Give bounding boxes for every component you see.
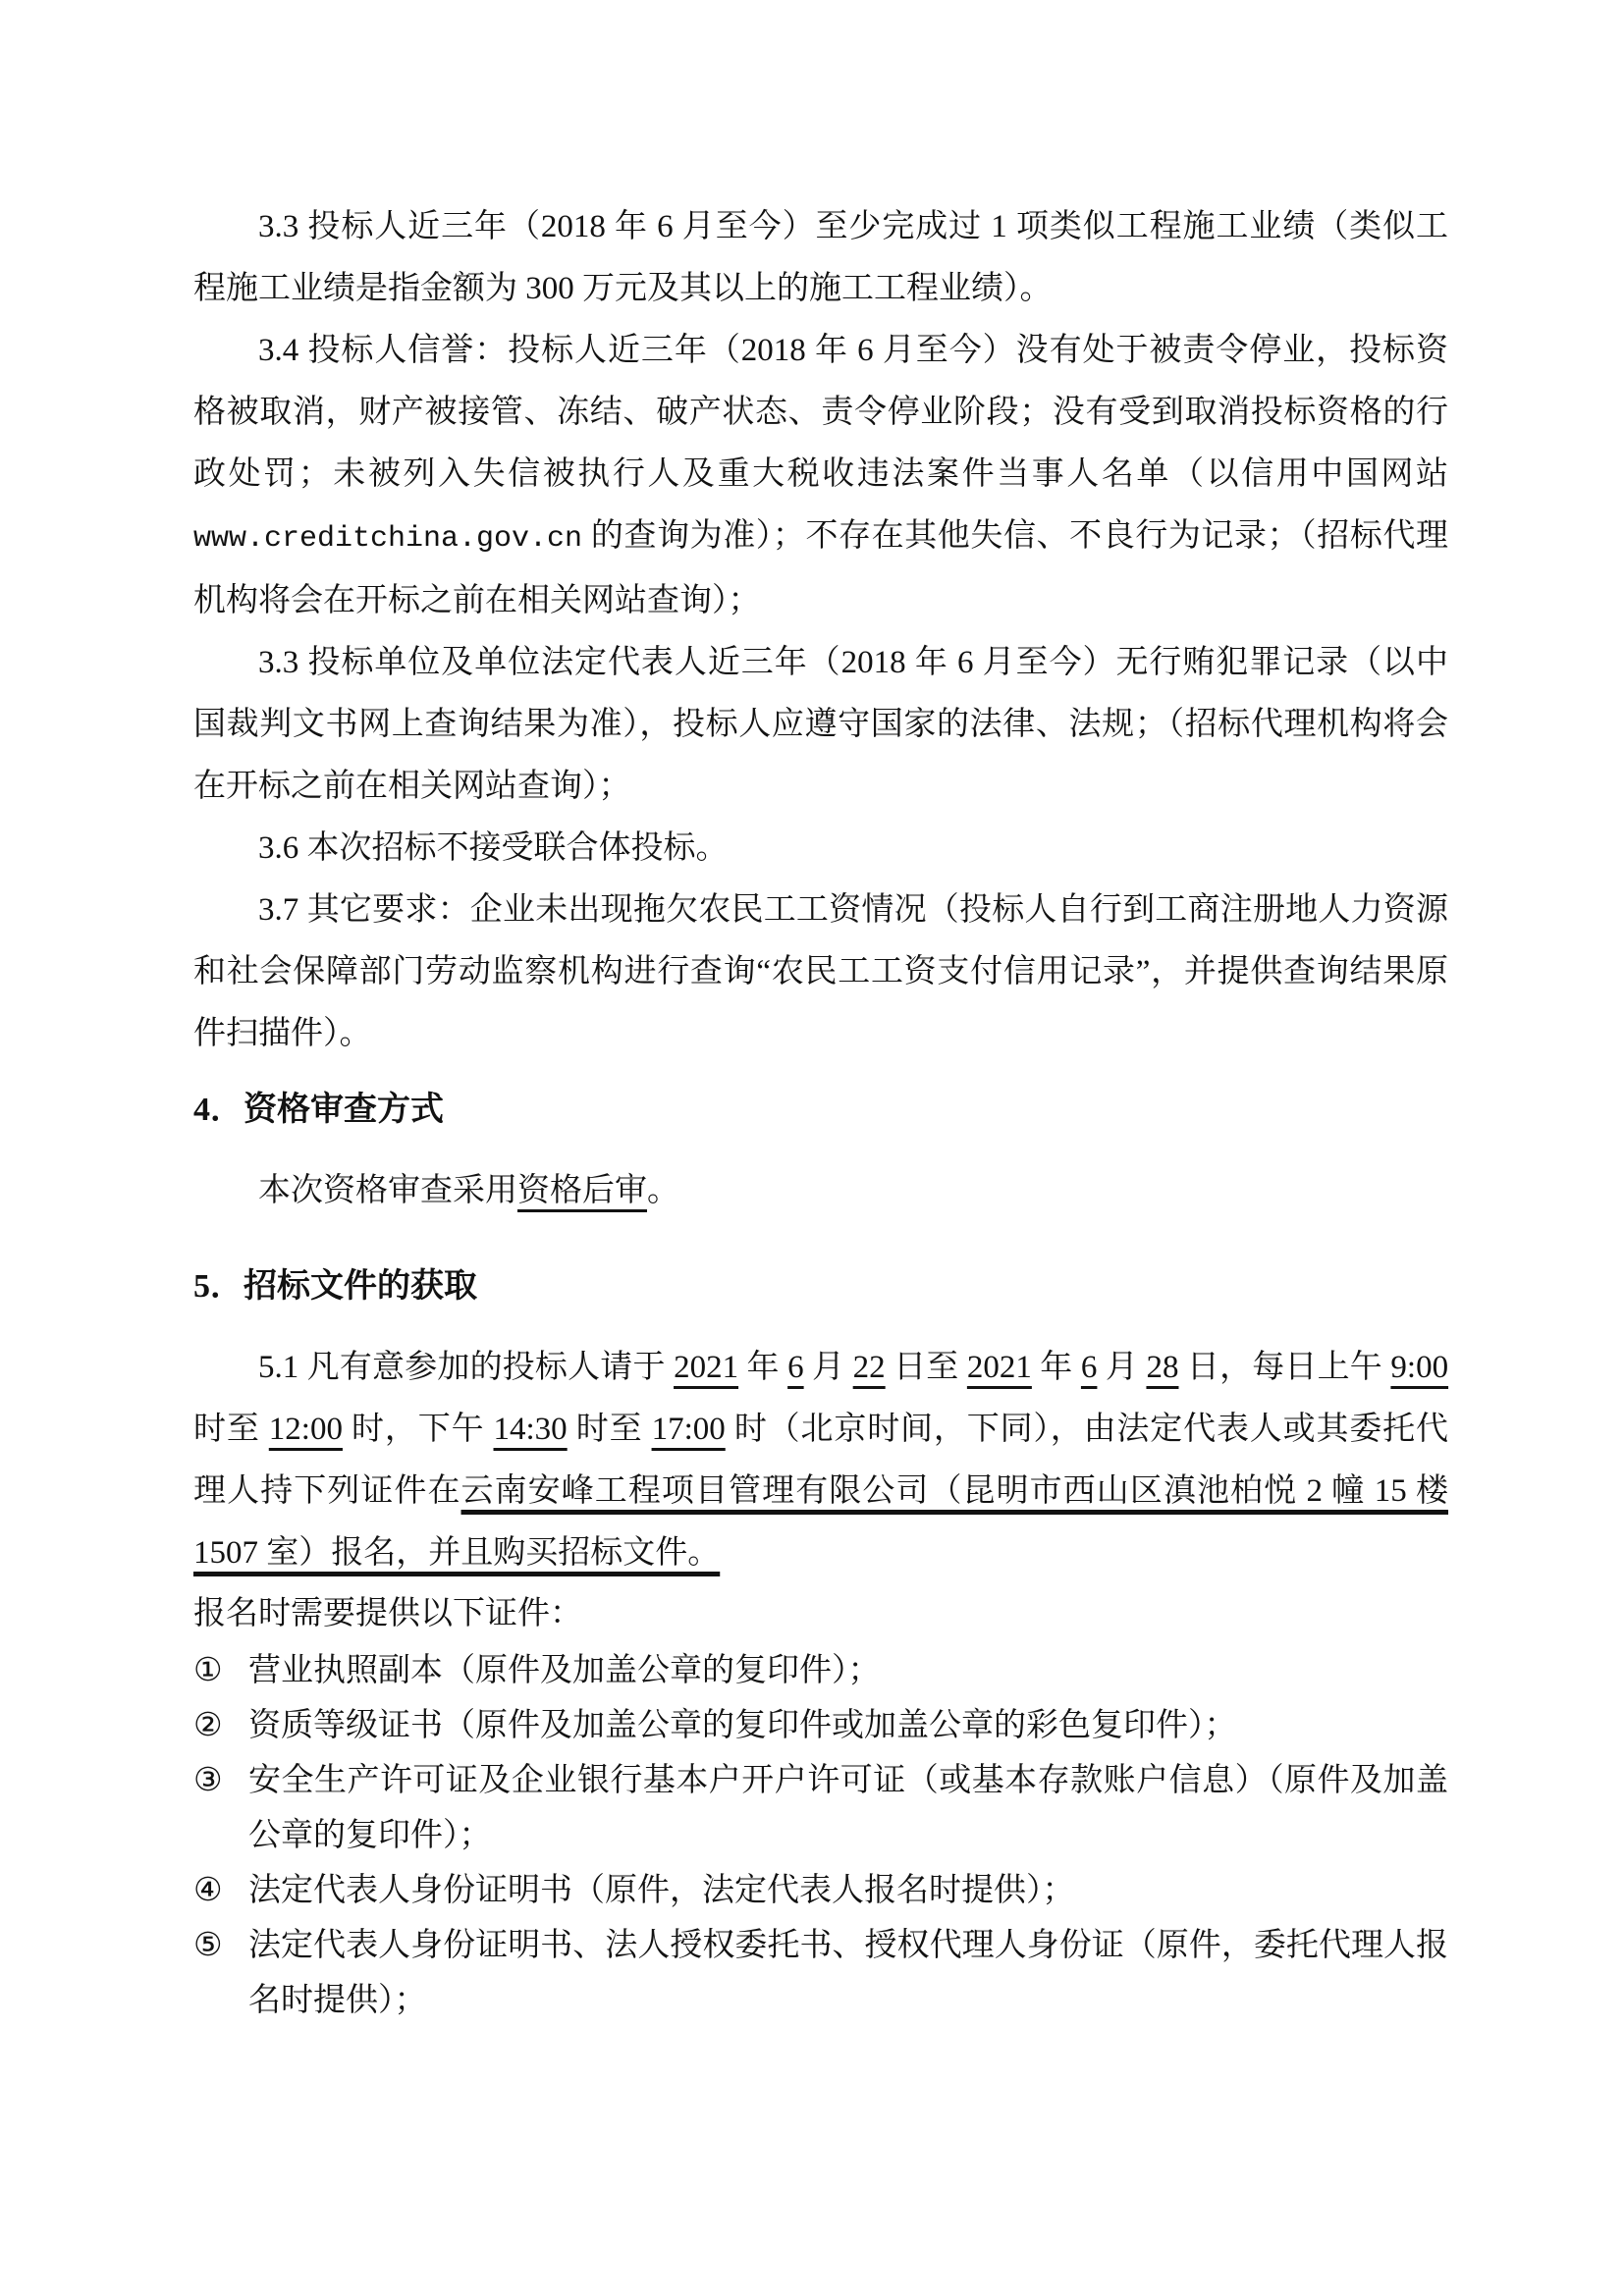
requirement-item: ④法定代表人身份证明书（原件，法定代表人报名时提供）； [193, 1863, 1448, 1918]
item-text: 营业执照副本（原件及加盖公章的复印件）； [248, 1643, 1448, 1698]
text-run: 法定代表人身份证明书、法人授权委托书、授权代理人身份证（原件，委托代理人报名时提… [248, 1928, 1448, 2018]
underlined-text: 14:30 [494, 1412, 568, 1447]
paragraph: 报名时需要提供以下证件： [193, 1584, 1448, 1643]
underlined-text: 6 [787, 1350, 804, 1385]
text-run: 时，下午 [343, 1412, 494, 1447]
text-run: 。 [647, 1173, 679, 1208]
item-text: 法定代表人身份证明书（原件，法定代表人报名时提供）； [248, 1863, 1448, 1918]
text-run: 法定代表人身份证明书（原件，法定代表人报名时提供）； [248, 1873, 1075, 1908]
paragraph: 3.6 本次招标不接受联合体投标。 [193, 818, 1448, 880]
text-run: 本次资格审查采用 [258, 1173, 517, 1208]
requirement-item: ⑤法定代表人身份证明书、法人授权委托书、授权代理人身份证（原件，委托代理人报名时… [193, 1918, 1448, 2028]
document-page: 3.3 投标人近三年（2018 年 6 月至今）至少完成过 1 项类似工程施工业… [0, 0, 1624, 2296]
text-run: 3.4 投标人信誉：投标人近三年（2018 年 6 月至今）没有处于被责令停业，… [193, 333, 1448, 492]
text-run: 营业执照副本（原件及加盖公章的复印件）； [248, 1653, 881, 1688]
text-run: 日，每日上午 [1178, 1350, 1390, 1385]
paragraph: 本次资格审查采用资格后审。 [193, 1160, 1448, 1222]
text-run: 年 [1032, 1350, 1081, 1385]
paragraph: 3.4 投标人信誉：投标人近三年（2018 年 6 月至今）没有处于被责令停业，… [193, 320, 1448, 632]
item-number: ⑤ [193, 1918, 248, 2028]
underlined-text: 2021 [674, 1350, 738, 1385]
paragraph: 5.1 凡有意参加的投标人请于 2021 年 6 月 22 日至 2021 年 … [193, 1337, 1448, 1584]
paragraph: 3.7 其它要求：企业未出现拖欠农民工工资情况（投标人自行到工商注册地人力资源和… [193, 880, 1448, 1065]
text-run: 4．资格审查方式 [193, 1092, 444, 1128]
url-text: www.creditchina.gov.cn [193, 522, 582, 556]
requirement-item: ①营业执照副本（原件及加盖公章的复印件）； [193, 1643, 1448, 1698]
underlined-text: 12:00 [269, 1412, 343, 1447]
underlined-text: 2021 [967, 1350, 1032, 1385]
text-run: 年 [738, 1350, 787, 1385]
underlined-text: 28 [1146, 1350, 1178, 1385]
text-run: 5．招标文件的获取 [193, 1268, 477, 1305]
text-run: 3.3 投标人近三年（2018 年 6 月至今）至少完成过 1 项类似工程施工业… [193, 209, 1448, 306]
text-run: 时至 [568, 1412, 652, 1447]
text-run: 月 [1097, 1350, 1146, 1385]
item-text: 资质等级证书（原件及加盖公章的复印件或加盖公章的彩色复印件）； [248, 1698, 1448, 1753]
item-number: ② [193, 1698, 248, 1753]
text-run: 日至 [886, 1350, 967, 1385]
underlined-text: 22 [853, 1350, 886, 1385]
text-run: 月 [804, 1350, 853, 1385]
text-run: 报名时需要提供以下证件： [193, 1596, 582, 1631]
item-number: ① [193, 1643, 248, 1698]
text-run: 时至 [193, 1412, 269, 1447]
item-text: 安全生产许可证及企业银行基本户开户许可证（或基本存款账户信息）（原件及加盖公章的… [248, 1753, 1448, 1863]
section-heading: 4．资格审查方式 [193, 1079, 1448, 1141]
item-number: ④ [193, 1863, 248, 1918]
text-run: 3.7 其它要求：企业未出现拖欠农民工工资情况（投标人自行到工商注册地人力资源和… [193, 892, 1448, 1051]
paragraph: 3.3 投标人近三年（2018 年 6 月至今）至少完成过 1 项类似工程施工业… [193, 196, 1448, 320]
text-run: 5.1 凡有意参加的投标人请于 [258, 1350, 674, 1385]
document-content: 3.3 投标人近三年（2018 年 6 月至今）至少完成过 1 项类似工程施工业… [193, 196, 1448, 2028]
requirement-item: ③安全生产许可证及企业银行基本户开户许可证（或基本存款账户信息）（原件及加盖公章… [193, 1753, 1448, 1863]
requirement-item: ②资质等级证书（原件及加盖公章的复印件或加盖公章的彩色复印件）； [193, 1698, 1448, 1753]
paragraph: 3.3 投标单位及单位法定代表人近三年（2018 年 6 月至今）无行贿犯罪记录… [193, 632, 1448, 818]
text-run: 3.6 本次招标不接受联合体投标。 [258, 830, 729, 866]
item-number: ③ [193, 1753, 248, 1863]
underlined-text: 资格后审 [517, 1173, 647, 1208]
item-text: 法定代表人身份证明书、法人授权委托书、授权代理人身份证（原件，委托代理人报名时提… [248, 1918, 1448, 2028]
underlined-text: 17:00 [652, 1412, 726, 1447]
text-run: 资质等级证书（原件及加盖公章的复印件或加盖公章的彩色复印件）； [248, 1708, 1237, 1743]
text-run: 3.3 投标单位及单位法定代表人近三年（2018 年 6 月至今）无行贿犯罪记录… [193, 645, 1448, 804]
section-heading: 5．招标文件的获取 [193, 1255, 1448, 1317]
underlined-text: 9:00 [1390, 1350, 1448, 1385]
underlined-text: 6 [1081, 1350, 1098, 1385]
text-run: 安全生产许可证及企业银行基本户开户许可证（或基本存款账户信息）（原件及加盖公章的… [248, 1763, 1448, 1853]
